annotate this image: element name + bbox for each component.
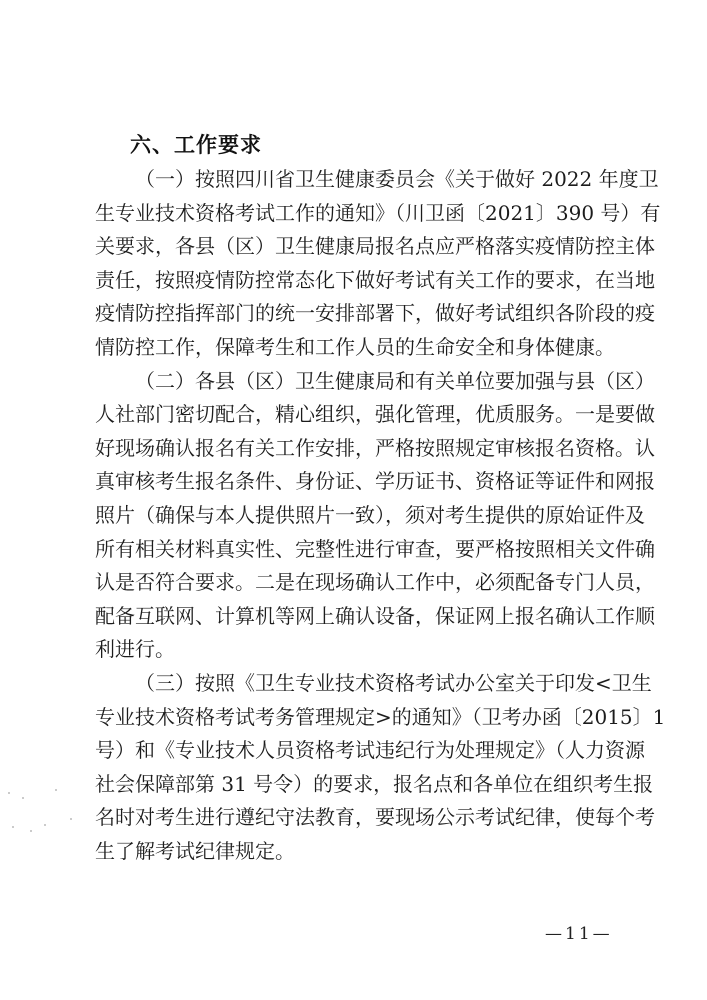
page-number: —11— [545, 924, 613, 944]
text-line: 疫情防控指挥部门的统一安排部署下，做好考试组织各阶段的疫 [95, 297, 613, 331]
scan-artifact [12, 826, 14, 828]
text-line: 认是否符合要求。二是在现场确认工作中，必须配备专门人员， [95, 566, 613, 600]
scan-artifact [70, 818, 72, 820]
text-line: 社会保障部第 31 号令）的要求，报名点和各单位在组织考生报 [95, 768, 613, 802]
section-heading: 六、工作要求 [130, 130, 262, 160]
document-page: 六、工作要求 （一）按照四川省卫生健康委员会《关于做好 2022 年度卫 生专业… [0, 0, 707, 1000]
paragraph-item-2: （二）各县（区）卫生健康局和有关单位要加强与县（区） 人社部门密切配合，精心组织… [95, 365, 613, 667]
text-line: 人社部门密切配合，精心组织，强化管理，优质服务。一是要做 [95, 398, 613, 432]
text-line: 真审核考生报名条件、身份证、学历证书、资格证等证件和网报 [95, 465, 613, 499]
text-line: 责任，按照疫情防控常态化下做好考试有关工作的要求，在当地 [95, 264, 613, 298]
paragraph-item-1: （一）按照四川省卫生健康委员会《关于做好 2022 年度卫 生专业技术资格考试工… [95, 163, 613, 365]
scan-artifact [30, 830, 32, 832]
text-line: （二）各县（区）卫生健康局和有关单位要加强与县（区） [95, 365, 613, 399]
scan-artifact [55, 789, 57, 791]
text-line: 名时对考生进行遵纪守法教育，要现场公示考试纪律，使每个考 [95, 801, 613, 835]
text-line: 配备互联网、计算机等网上确认设备，保证网上报名确认工作顺 [95, 600, 613, 634]
paragraph-item-3: （三）按照《卫生专业技术资格考试办公室关于印发<卫生 专业技术资格考试考务管理规… [95, 667, 613, 869]
text-line: （三）按照《卫生专业技术资格考试办公室关于印发<卫生 [95, 667, 613, 701]
text-line: 好现场确认报名有关工作安排，严格按照规定审核报名资格。认 [95, 432, 613, 466]
text-line: 情防控工作，保障考生和工作人员的生命安全和身体健康。 [95, 331, 613, 365]
scan-artifact [44, 824, 46, 826]
text-line: 生专业技术资格考试工作的通知》（川卫函〔2021〕390 号）有 [95, 197, 613, 231]
text-line: 利进行。 [95, 633, 613, 667]
text-line: 关要求，各县（区）卫生健康局报名点应严格落实疫情防控主体 [95, 230, 613, 264]
text-line: （一）按照四川省卫生健康委员会《关于做好 2022 年度卫 [95, 163, 613, 197]
text-line: 照片（确保与本人提供照片一致），须对考生提供的原始证件及 [95, 499, 613, 533]
text-line: 号）和《专业技术人员资格考试违纪行为处理规定》（人力资源 [95, 734, 613, 768]
scan-artifact [8, 792, 10, 794]
text-line: 生了解考试纪律规定。 [95, 835, 613, 869]
text-line: 专业技术资格考试考务管理规定>的通知》（卫考办函〔2015〕1 [95, 701, 613, 735]
document-body: （一）按照四川省卫生健康委员会《关于做好 2022 年度卫 生专业技术资格考试工… [95, 163, 613, 868]
text-line: 所有相关材料真实性、完整性进行审查，要严格按照相关文件确 [95, 533, 613, 567]
scan-artifact [22, 797, 24, 799]
